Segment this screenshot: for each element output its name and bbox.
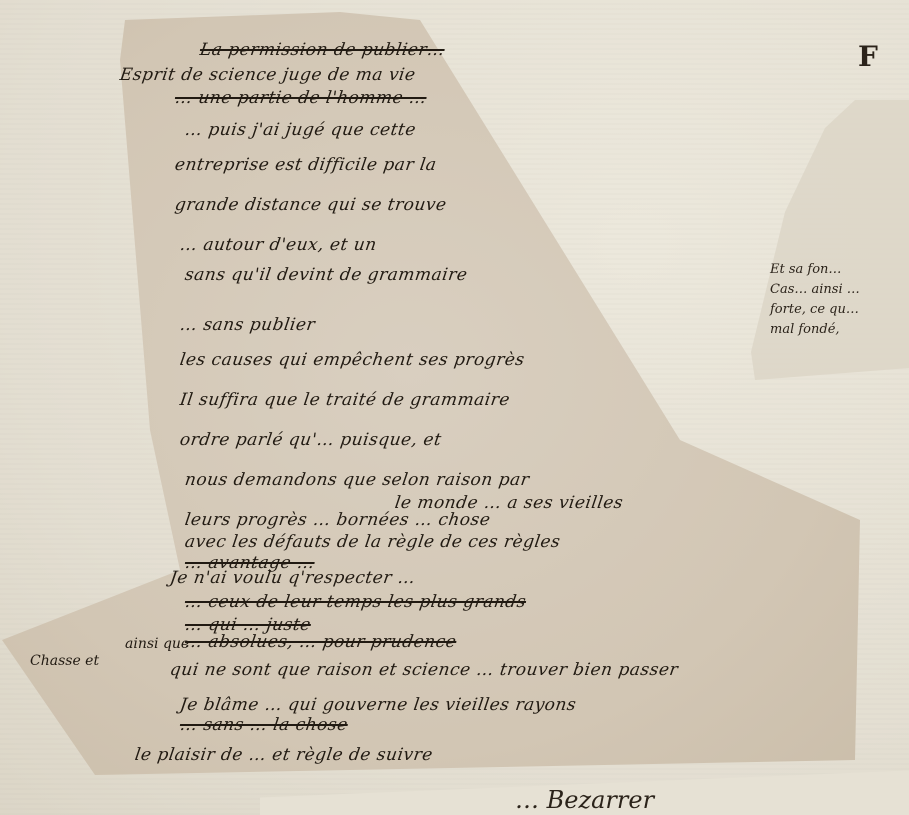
manuscript-line: entreprise est difficile par la bbox=[174, 155, 438, 175]
manuscript-line: … absolues, … pour prudence bbox=[184, 632, 458, 652]
manuscript-line: Je n'ai voulu q'respecter … bbox=[169, 568, 417, 588]
manuscript-line: La permission de publier… bbox=[199, 40, 446, 60]
manuscript-line: Je blâme … qui gouverne les vieilles ray… bbox=[179, 695, 578, 715]
manuscript-line: qui ne sont que raison et science … trou… bbox=[169, 660, 680, 680]
manuscript-line: ordre parlé qu'… puisque, et bbox=[179, 430, 443, 450]
margin-note: ainsi que bbox=[125, 636, 189, 652]
manuscript-line: avec les défauts de la règle de ces règl… bbox=[184, 532, 562, 552]
manuscript-lines: La permission de publier…Esprit de scien… bbox=[0, 0, 909, 815]
manuscript-line: … sans publier bbox=[179, 315, 317, 335]
manuscript-line: le plaisir de … et règle de suivre bbox=[134, 745, 435, 765]
manuscript-line: sans qu'il devint de grammaire bbox=[184, 265, 469, 285]
margin-note: Chasse et bbox=[30, 653, 99, 669]
manuscript-line: … une partie de l'homme … bbox=[174, 88, 428, 108]
manuscript-line: les causes qui empêchent ses progrès bbox=[179, 350, 526, 370]
manuscript-line: grande distance qui se trouve bbox=[174, 195, 448, 215]
manuscript-line: Il suffira que le traité de grammaire bbox=[179, 390, 512, 410]
manuscript-line: … autour d'eux, et un bbox=[179, 235, 378, 255]
manuscript-line: … puis j'ai jugé que cette bbox=[184, 120, 418, 140]
manuscript-line: leurs progrès … bornées … chose bbox=[184, 510, 492, 530]
manuscript-line: Esprit de science juge de ma vie bbox=[119, 65, 417, 85]
manuscript-line: … sans … la chose bbox=[179, 715, 350, 735]
manuscript-line: … ceux de leur temps les plus grands bbox=[184, 592, 528, 612]
manuscript-line: nous demandons que selon raison par bbox=[184, 470, 531, 490]
